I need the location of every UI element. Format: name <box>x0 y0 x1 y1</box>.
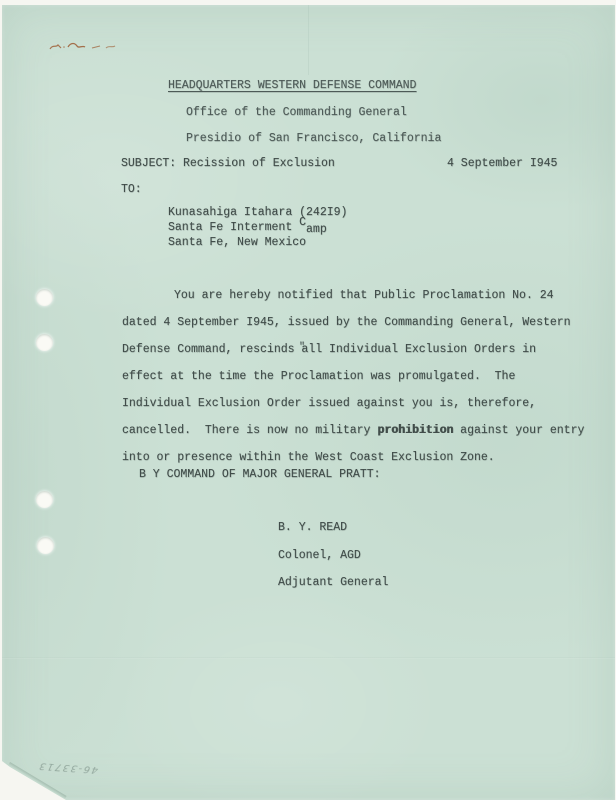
paper-crease <box>308 5 309 75</box>
letterhead-location: Presidio of San Francisco, California <box>186 132 441 146</box>
to-label: TO: <box>121 183 142 197</box>
body-line-segment: against your entry <box>453 424 584 437</box>
signature-rank: Colonel, AGD <box>278 549 361 563</box>
punch-hole <box>37 537 54 554</box>
recipient-camp-rest: amp <box>306 223 327 236</box>
signature-name: B. Y. READ <box>278 521 347 535</box>
subject-label: SUBJECT: <box>121 157 176 171</box>
recipient-camp-prefix: Santa Fe Interment <box>168 221 299 234</box>
body-line: dated 4 September I945, issued by the Co… <box>122 316 571 330</box>
handwritten-mark <box>44 35 140 59</box>
subject-value: Recission of Exclusion <box>183 157 335 171</box>
stray-typo-mark: " <box>299 341 305 355</box>
body-line: You are hereby notified that Public Proc… <box>174 289 554 303</box>
body-line: Individual Exclusion Order issued agains… <box>122 397 536 411</box>
scanned-letter-page: { "page": { "paper_color": "#cbe0d4", "i… <box>0 0 616 800</box>
overstruck-word: prohibition <box>377 424 453 437</box>
letterhead-command: HEADQUARTERS WESTERN DEFENSE COMMAND <box>168 79 416 93</box>
document-page: HEADQUARTERS WESTERN DEFENSE COMMAND Off… <box>2 5 615 800</box>
recipient-camp: Santa Fe Interment Camp <box>168 221 327 235</box>
punch-hole <box>36 289 53 306</box>
recipient-city: Santa Fe, New Mexico <box>168 236 306 250</box>
body-line: effect at the time the Proclamation was … <box>122 370 515 384</box>
letterhead-office: Office of the Commanding General <box>186 106 407 120</box>
paper-crease <box>2 657 615 659</box>
punch-hole <box>36 491 53 508</box>
body-line: into or presence within the West Coast E… <box>122 451 495 465</box>
body-line: cancelled. There is now no military proh… <box>122 424 584 438</box>
by-command-line: B Y COMMAND OF MAJOR GENERAL PRATT: <box>139 468 381 482</box>
recipient-camp-raised-letter: C <box>299 216 306 229</box>
body-line: Defense Command, rescinds all Individual… <box>122 343 536 357</box>
body-line-segment: cancelled. There is now no military <box>122 424 377 437</box>
signature-title: Adjutant General <box>278 576 388 590</box>
punch-hole <box>36 334 53 351</box>
recipient-name: Kunasahiga Itahara (242I9) <box>168 206 347 220</box>
document-date: 4 September I945 <box>447 157 557 171</box>
